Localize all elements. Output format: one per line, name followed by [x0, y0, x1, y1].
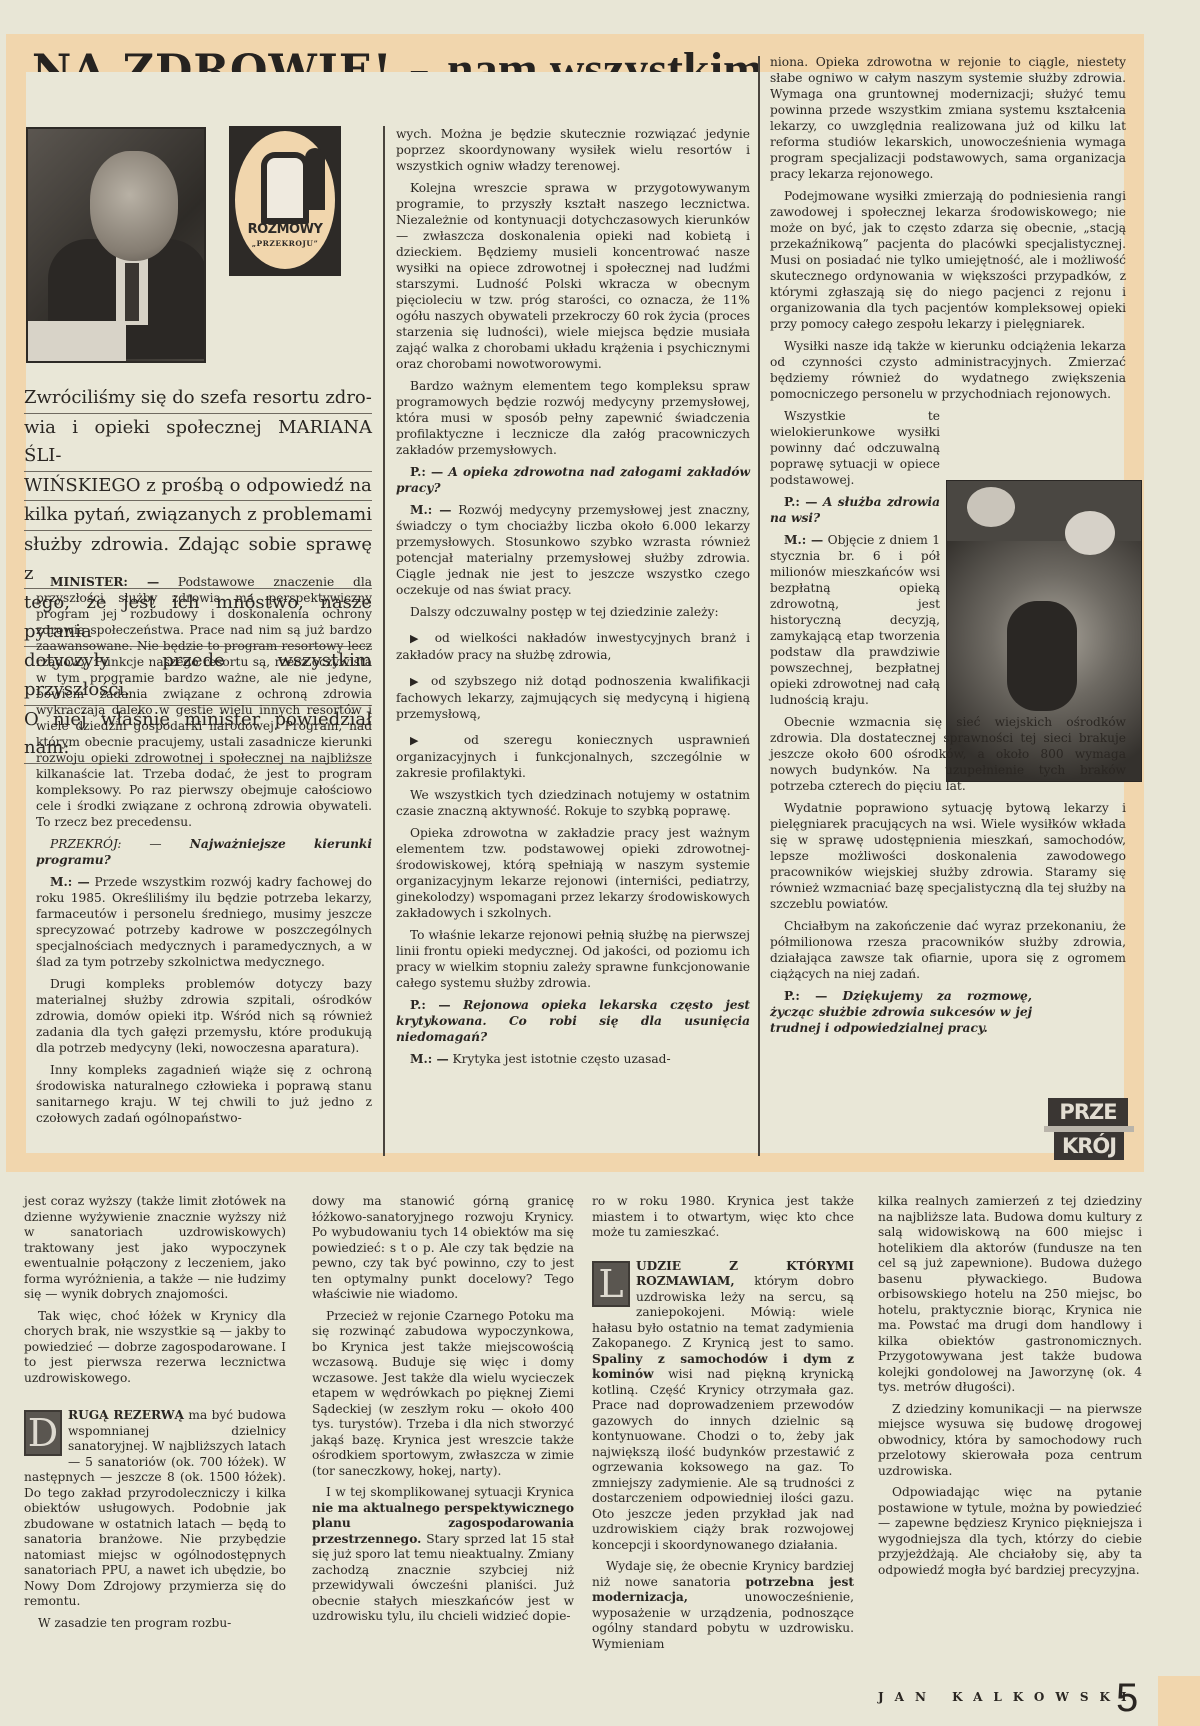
paragraph: wych. Można je będzie skutecznie rozwiąz…	[396, 126, 750, 174]
paragraph: Bardzo ważnym elementem tego kompleksu s…	[396, 378, 750, 458]
article-column-3: ro w roku 1980. Krynica jest także miast…	[592, 1194, 854, 1658]
paragraph: Dalszy odczuwalny postęp w tej dziedzini…	[396, 604, 750, 620]
speaker-label: PRZEKRÓJ: —	[50, 837, 162, 851]
paragraph: Opieka zdrowotna w zakładzie pracy jest …	[396, 825, 750, 921]
logo-line1: ROZMOWY	[239, 222, 331, 237]
speaker-label: M.: —	[410, 503, 452, 517]
rozmowy-przekroju-logo: ROZMOWY „PRZEKROJU”	[229, 126, 341, 276]
paragraph: ro w roku 1980. Krynica jest także miast…	[592, 1194, 854, 1241]
lead-in: RUGĄ REZERWĄ	[68, 1408, 184, 1422]
article-column-4: kilka realnych zamierzeń z tej dziedziny…	[878, 1194, 1142, 1584]
paragraph: Tak więc, choć łóżek w Krynicy dla chory…	[24, 1309, 286, 1387]
paragraph: Z dziedziny komunikacji — na pierwsze mi…	[878, 1402, 1142, 1480]
speaker-label: P.: —	[410, 998, 451, 1012]
interview-column-3: niona. Opieka zdrowotna w rejonie to cią…	[770, 54, 1126, 1042]
paragraph: Chciałbym na zakończenie dać wyraz przek…	[770, 918, 1126, 982]
intro-line: kilka pytań, związanych z problemami	[24, 501, 372, 531]
paragraph: dowy ma stanowić górną granicę łóżkowo-s…	[312, 1194, 574, 1303]
speaker-label: M.: —	[784, 533, 823, 547]
intro-line: WIŃSKIEGO z prośbą o odpowiedź na	[24, 472, 372, 502]
paragraph: To właśnie lekarze rejonowi pełnią służb…	[396, 927, 750, 991]
paragraph: wisi nad piękną krynicką kotliną. Część …	[592, 1367, 854, 1552]
logo-line2: KRÓJ	[1054, 1132, 1124, 1160]
paragraph: jest coraz wyższy (także limit złotówek …	[24, 1194, 286, 1303]
speaker-label: P.: —	[784, 989, 827, 1003]
speaker-label: P.: —	[784, 495, 818, 509]
paragraph: Objęcie z dniem 1 stycznia br. 6 i pół m…	[770, 533, 940, 707]
paragraph: kilka realnych zamierzeń z tej dziedziny…	[878, 1194, 1142, 1396]
speaker-label: P.: —	[410, 465, 443, 479]
paragraph: Obecnie wzmacnia się sieć wiejskich ośro…	[770, 714, 1126, 794]
speaker-label: M.: —	[410, 1052, 449, 1066]
paragraph: Odpowiadając więc na pytanie postawione …	[878, 1485, 1142, 1578]
paragraph: I w tej skomplikowanej sytuacji Krynica	[326, 1485, 574, 1499]
paragraph: Drugi kompleks problemów dotyczy bazy ma…	[36, 976, 372, 1056]
corner-tab	[1158, 1676, 1200, 1726]
column-rule	[383, 126, 385, 1156]
drop-cap: L	[592, 1261, 630, 1307]
bullet-item: od szybszego niż dotąd podnoszenia kwali…	[396, 674, 750, 721]
intro-line: Zwróciliśmy się do szefa resortu zdro-	[24, 384, 372, 414]
paragraph: Wysiłki nasze idą także w kierunku odcią…	[770, 338, 1126, 402]
article-column-2: dowy ma stanowić górną granicę łóżkowo-s…	[312, 1194, 574, 1631]
bullet-arrow-icon: ▶	[410, 675, 423, 688]
paragraph: W zasadzie ten program rozbu-	[24, 1616, 286, 1632]
paragraph: Inny kompleks zagadnień wiąże się z ochr…	[36, 1062, 372, 1126]
paragraph: Wydatnie poprawiono sytuację bytową leka…	[770, 800, 1126, 912]
logo-line2: „PRZEKROJU”	[239, 239, 331, 248]
magazine-page: NA ZDROWIE! – nam wszystkim ROZMOWY „PRZ…	[0, 0, 1200, 1726]
paragraph: Kolejna wreszcie sprawa w przygotowywany…	[396, 180, 750, 372]
paragraph: Podejmowane wysiłki zmierzają do podnies…	[770, 188, 1126, 332]
bullet-arrow-icon: ▶	[410, 734, 439, 747]
page-number: 5	[1116, 1676, 1138, 1721]
question: A opieka zdrowotna nad załogami zakładów…	[396, 465, 750, 495]
bullet-arrow-icon: ▶	[410, 632, 425, 645]
bullet-item: od wielkości nakładów inwestycyjnych bra…	[396, 631, 750, 662]
minister-photo	[26, 127, 206, 363]
paragraph: Podstawowe znaczenie dla przyszłości słu…	[36, 575, 372, 829]
column-rule	[758, 56, 760, 1156]
paragraph: Rozwój medycyny przemysłowej jest znaczn…	[396, 503, 750, 597]
author-byline: JAN KALKOWSKI	[878, 1690, 1138, 1704]
speaker-label: MINISTER: —	[50, 575, 159, 589]
drop-cap: D	[24, 1410, 62, 1456]
paragraph: niona. Opieka zdrowotna w rejonie to cią…	[770, 54, 1126, 182]
logo-line1: PRZE	[1048, 1098, 1128, 1126]
article-column-1: jest coraz wyższy (także limit złotówek …	[24, 1194, 286, 1637]
bullet-item: od szeregu koniecznych usprawnień organi…	[396, 733, 750, 780]
paragraph: Wszystkie te wielokierunkowe wysiłki pow…	[770, 408, 940, 488]
paragraph: We wszystkich tych dziedzinach notujemy …	[396, 787, 750, 819]
paragraph: Przede wszystkim rozwój kadry fachowej d…	[36, 875, 372, 969]
interview-column-2: wych. Można je będzie skutecznie rozwiąz…	[396, 126, 750, 1073]
interview-column-1: MINISTER: — Podstawowe znaczenie dla prz…	[36, 574, 372, 1132]
przekroj-logo: PRZE KRÓJ	[1048, 1098, 1128, 1160]
paragraph: Krytyka jest istotnie często uzasad-	[449, 1052, 671, 1066]
intro-line: wia i opieki społecznej MARIANA ŚLI-	[24, 414, 372, 472]
paragraph: Przecież w rejonie Czarnego Potoku ma si…	[312, 1309, 574, 1480]
speaker-label: M.: —	[50, 875, 90, 889]
paragraph: ma być budowa wspomnianej dzielnicy sana…	[24, 1408, 286, 1608]
wrapped-column: Wszystkie te wielokierunkowe wysiłki pow…	[770, 408, 940, 714]
